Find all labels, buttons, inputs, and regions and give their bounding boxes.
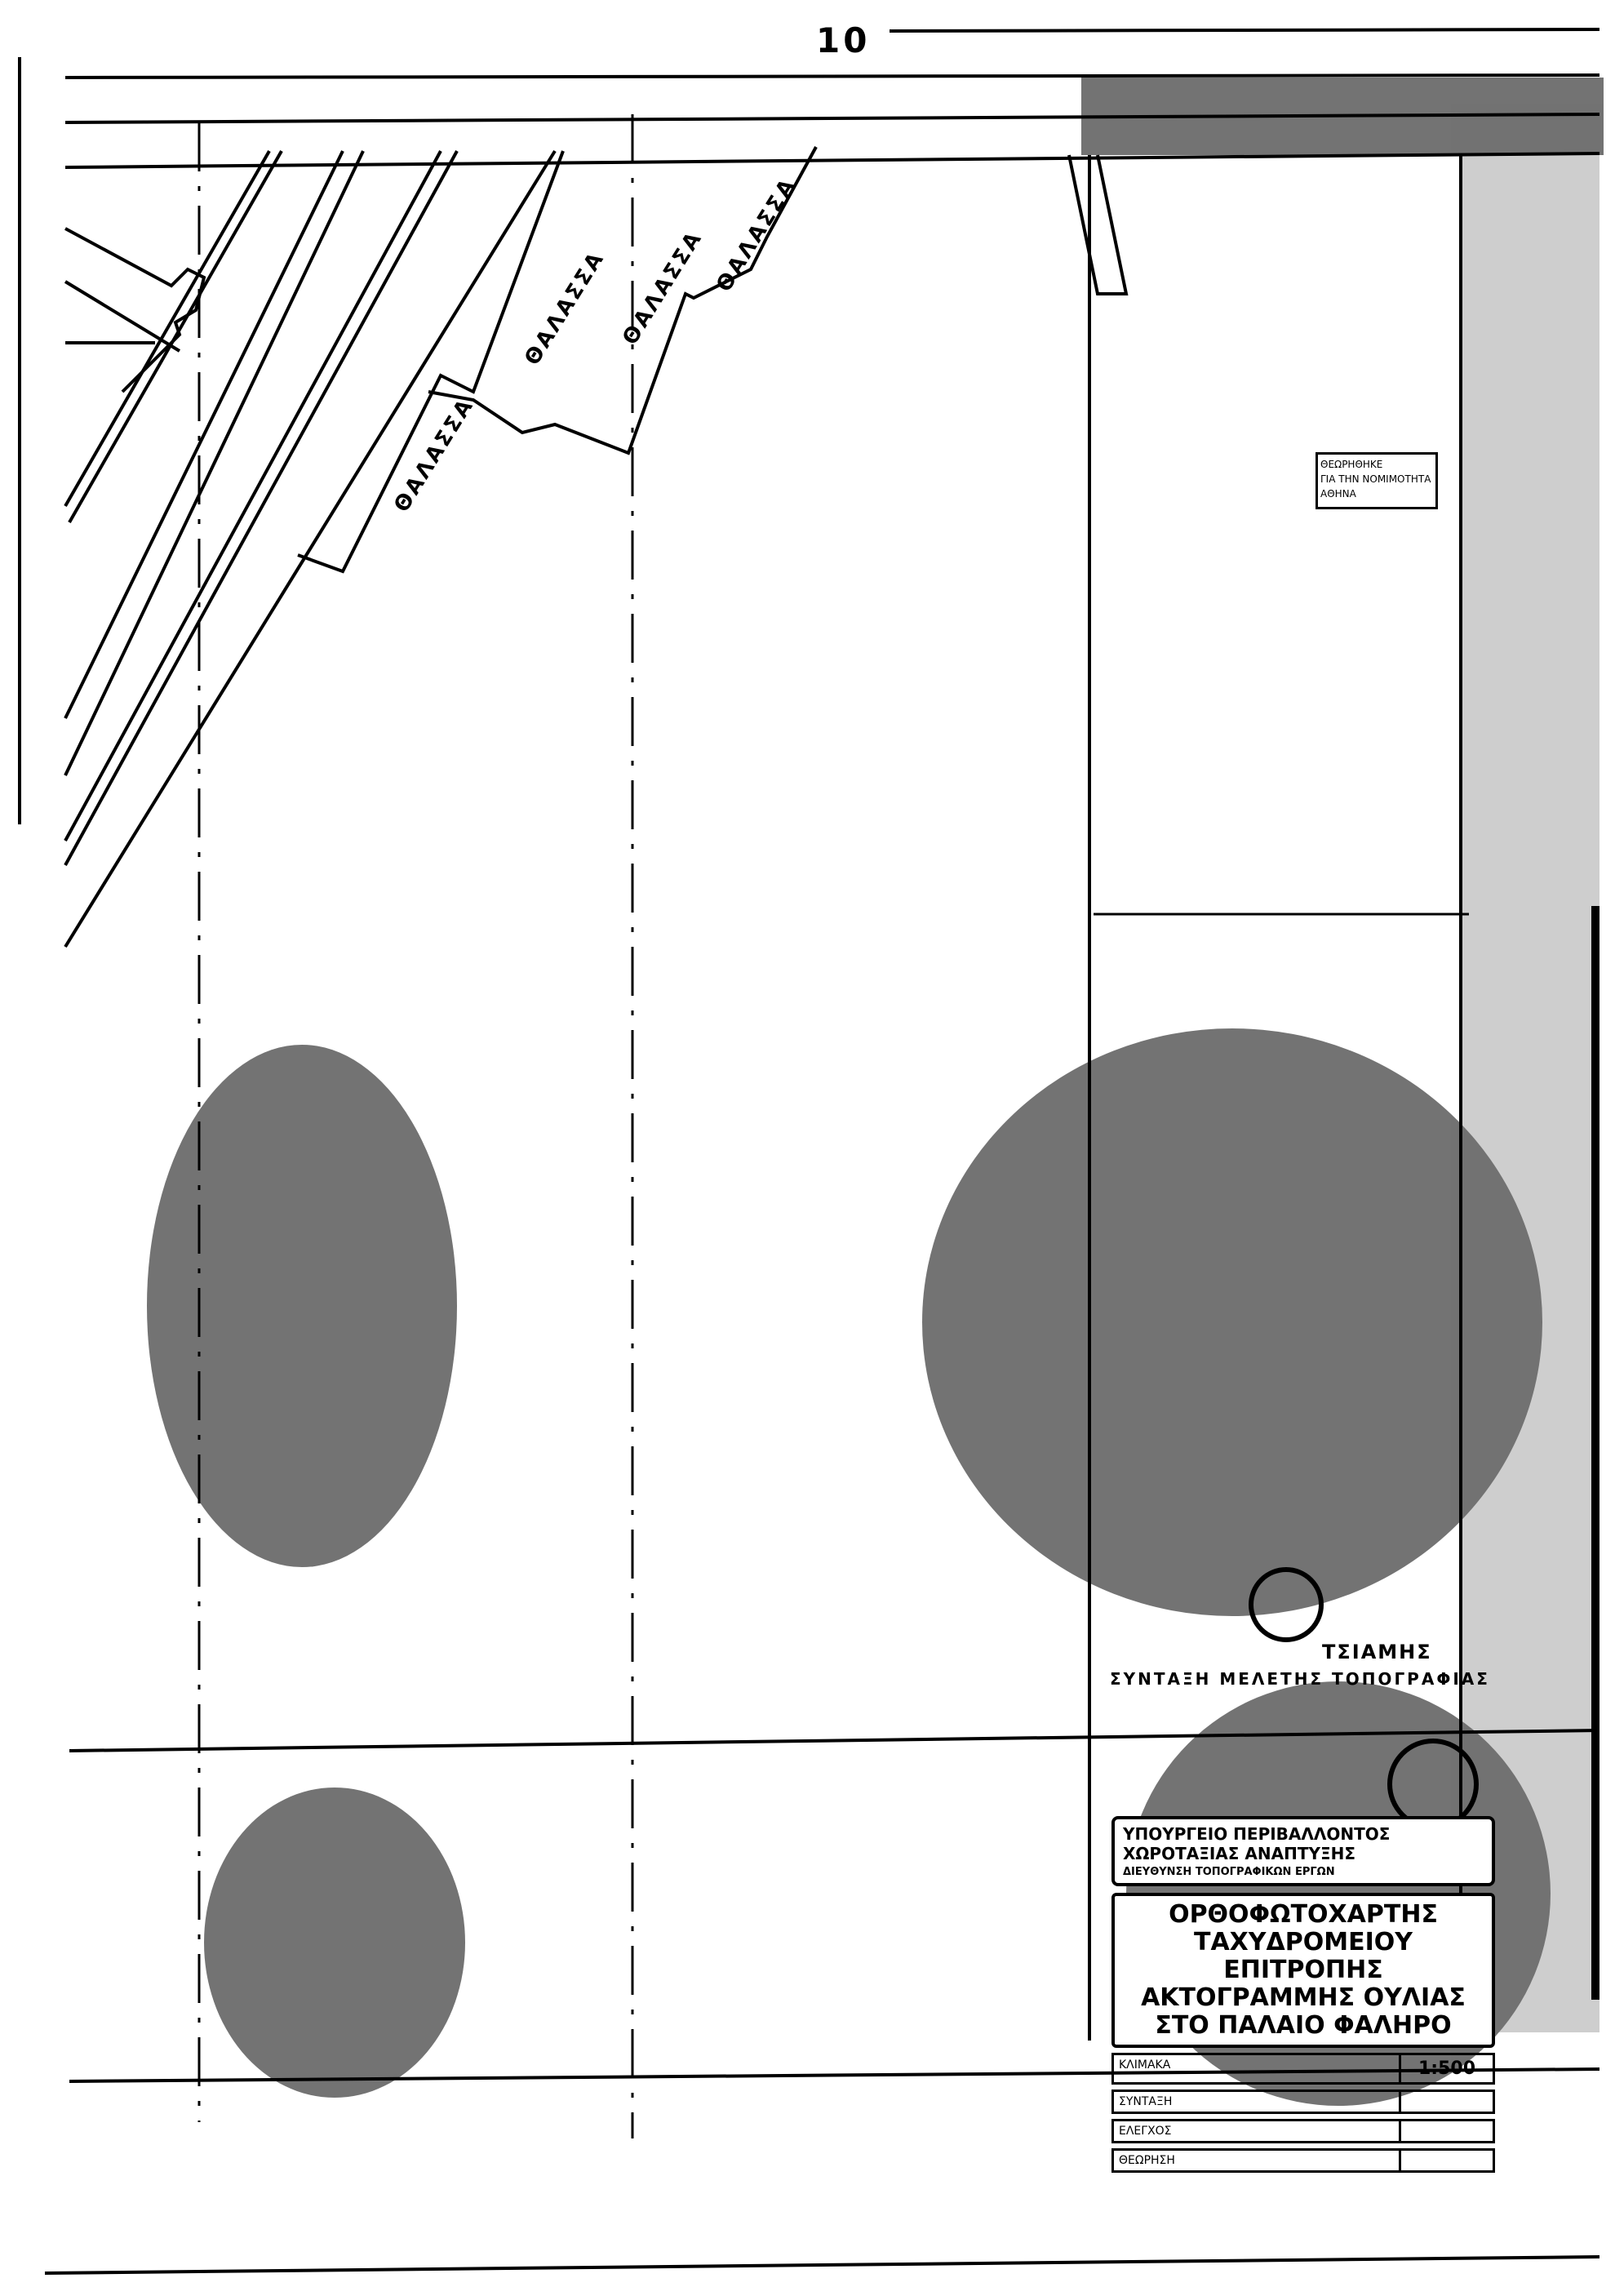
scale-label: ΚΛΙΜΑΚΑ: [1114, 2055, 1401, 2082]
approval-stamp: ΘΕΩΡΗΘΗΚΕ ΓΙΑ ΤΗΝ ΝΟΜΙΜΟΤΗΤΑ ΑΘΗΝΑ: [1316, 452, 1438, 509]
signature-name: ΤΣΙΑΜΗΣ: [1322, 1641, 1432, 1663]
plan-title-line: ΕΠΙΤΡΟΠΗΣ ΑΚΤΟΓΡΑΜΜΗΣ ΟΥΛΙΑΣ: [1123, 1956, 1484, 2012]
plan-title-line: ΟΡΘΟΦΩΤΟΧΑΡΤΗΣ ΤΑΧΥΔΡΟΜΕΙΟΥ: [1123, 1901, 1484, 1956]
stamp-line: ΑΘΗΝΑ: [1320, 486, 1433, 501]
row-value: [1401, 2151, 1493, 2170]
scale-value: 1:500: [1401, 2055, 1493, 2082]
title-block-row: ΘΕΩΡΗΣΗ: [1111, 2148, 1495, 2173]
row-label: ΕΛΕΓΧΟΣ: [1114, 2121, 1401, 2141]
department-name: ΔΙΕΥΘΥΝΣΗ ΤΟΠΟΓΡΑΦΙΚΩΝ ΕΡΓΩΝ: [1123, 1866, 1484, 1878]
title-block-header: ΥΠΟΥΡΓΕΙΟ ΠΕΡΙΒΑΛΛΟΝΤΟΣ ΧΩΡΟΤΑΞΙΑΣ ΑΝΑΠΤ…: [1111, 1816, 1495, 1886]
plan-title-line: ΣΤΟ ΠΑΛΑΙΟ ΦΑΛΗΡΟ: [1123, 2012, 1484, 2040]
row-value: [1401, 2121, 1493, 2141]
row-value: [1401, 2092, 1493, 2112]
plan-title: ΟΡΘΟΦΩΤΟΧΑΡΤΗΣ ΤΑΧΥΔΡΟΜΕΙΟΥ ΕΠΙΤΡΟΠΗΣ ΑΚ…: [1111, 1893, 1495, 2048]
scale-row: ΚΛΙΜΑΚΑ 1:500: [1111, 2053, 1495, 2085]
title-block-row: ΕΛΕΓΧΟΣ: [1111, 2119, 1495, 2143]
official-seal-icon: [1249, 1567, 1324, 1642]
title-block: ΥΠΟΥΡΓΕΙΟ ΠΕΡΙΒΑΛΛΟΝΤΟΣ ΧΩΡΟΤΑΞΙΑΣ ΑΝΑΠΤ…: [1111, 1816, 1495, 2173]
row-label: ΘΕΩΡΗΣΗ: [1114, 2151, 1401, 2170]
signature-caption: ΣΥΝΤΑΞΗ ΜΕΛΕΤΗΣ ΤΟΠΟΓΡΑΦΙΑΣ: [1110, 1669, 1490, 1689]
row-label: ΣΥΝΤΑΞΗ: [1114, 2092, 1401, 2112]
stamp-line: ΓΙΑ ΤΗΝ ΝΟΜΙΜΟΤΗΤΑ: [1320, 472, 1433, 486]
ministry-name: ΥΠΟΥΡΓΕΙΟ ΠΕΡΙΒΑΛΛΟΝΤΟΣ ΧΩΡΟΤΑΞΙΑΣ ΑΝΑΠΤ…: [1123, 1824, 1484, 1863]
title-block-row: ΣΥΝΤΑΞΗ: [1111, 2089, 1495, 2114]
page-number: 10: [816, 20, 870, 60]
stamp-line: ΘΕΩΡΗΘΗΚΕ: [1320, 457, 1433, 472]
